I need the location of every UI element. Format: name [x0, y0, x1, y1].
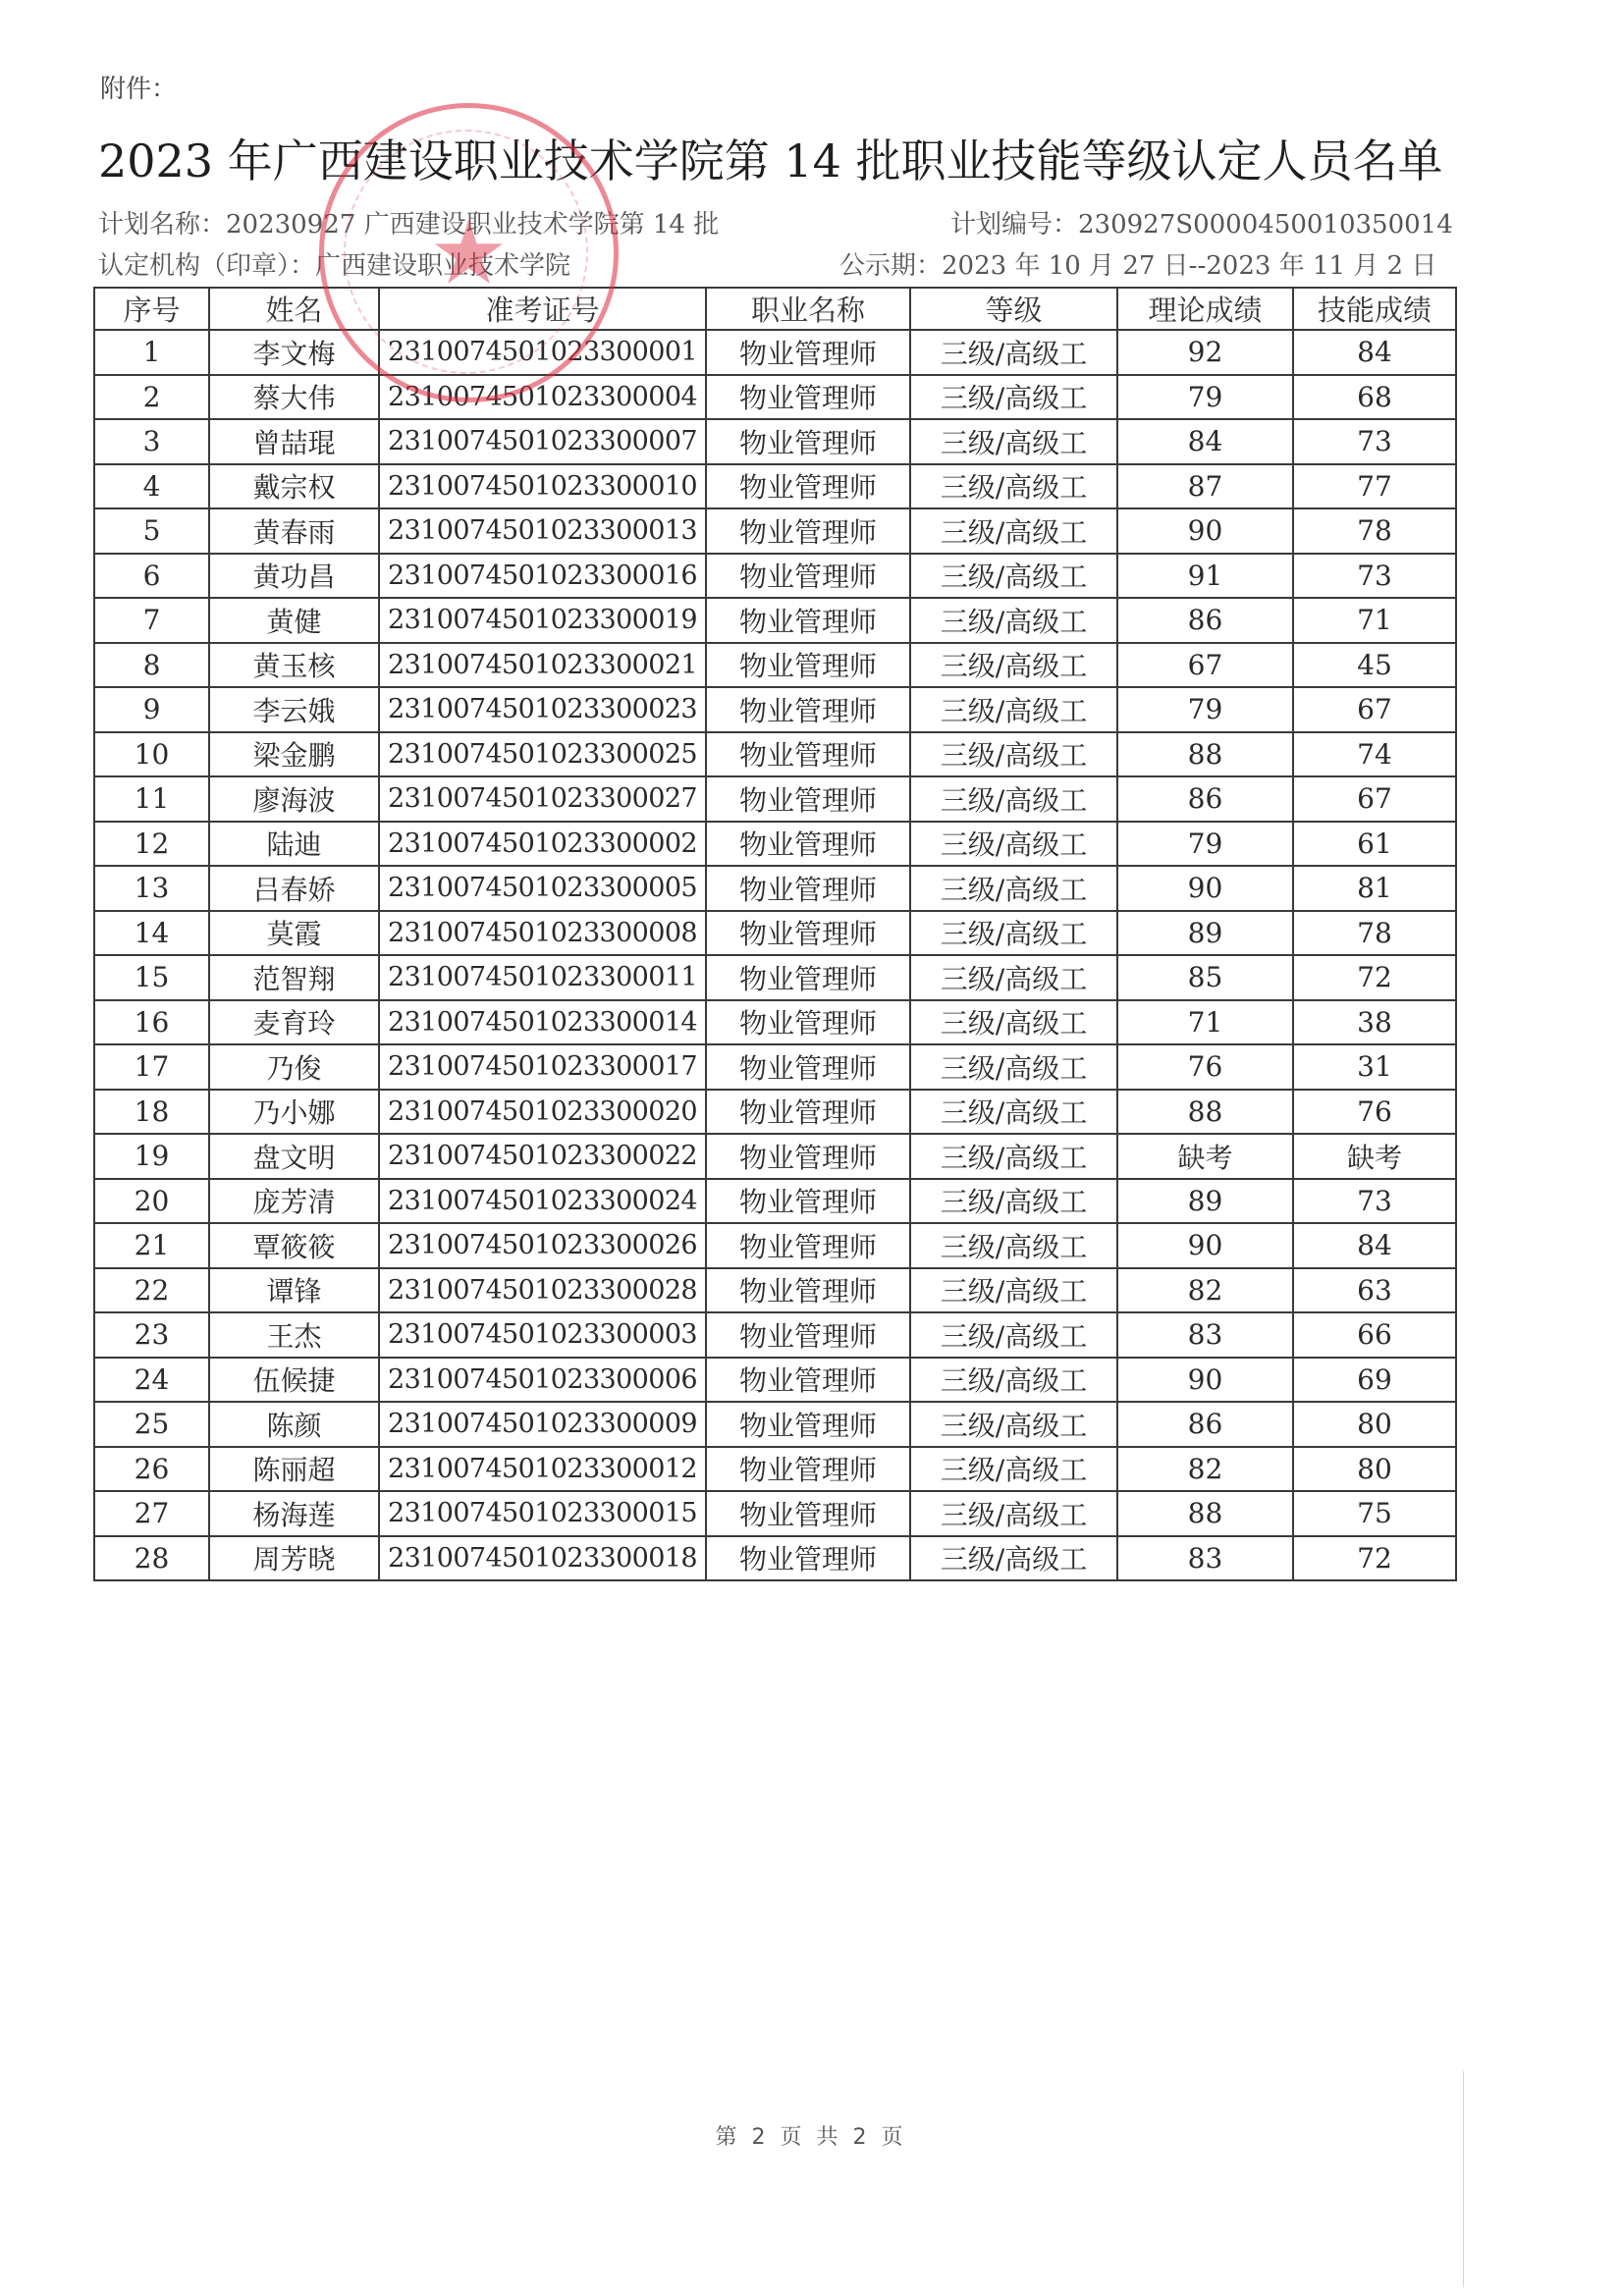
cell-col-ticket-no: 2310074501023300016 [379, 554, 706, 599]
cell-col-index: 8 [94, 643, 209, 688]
cell-col-skill-score: 72 [1293, 1536, 1456, 1581]
publicity-period-label: 公示期： [839, 251, 942, 281]
table-header-row: 序号姓名准考证号职业名称等级理论成绩技能成绩 [94, 288, 1456, 330]
cell-col-skill-score: 61 [1293, 822, 1456, 867]
table-row: 18乃小娜2310074501023300020物业管理师三级/高级工8876 [94, 1090, 1456, 1135]
cell-col-skill-score: 77 [1293, 464, 1456, 509]
cell-col-skill-score: 75 [1293, 1491, 1456, 1536]
cell-col-theory-score: 76 [1117, 1044, 1293, 1090]
cell-col-name: 吕春娇 [209, 866, 379, 911]
table-row: 24伍候捷2310074501023300006物业管理师三级/高级工9069 [94, 1358, 1456, 1403]
plan-name: 计划名称：20230927 广西建设职业技术学院第 14 批 [98, 204, 719, 240]
cell-col-occupation: 物业管理师 [706, 776, 910, 822]
table-row: 27杨海莲2310074501023300015物业管理师三级/高级工8875 [94, 1491, 1456, 1536]
cell-col-ticket-no: 2310074501023300007 [379, 419, 706, 464]
cell-col-occupation: 物业管理师 [706, 643, 910, 688]
cell-col-level: 三级/高级工 [910, 732, 1117, 777]
cell-col-occupation: 物业管理师 [706, 1090, 910, 1135]
cell-col-level: 三级/高级工 [910, 955, 1117, 1000]
cell-col-index: 23 [94, 1312, 209, 1358]
cell-col-level: 三级/高级工 [910, 1402, 1117, 1447]
table-row: 8黄玉核2310074501023300021物业管理师三级/高级工6745 [94, 643, 1456, 688]
cell-col-level: 三级/高级工 [910, 419, 1117, 464]
cell-col-occupation: 物业管理师 [706, 1268, 910, 1313]
cell-col-skill-score: 81 [1293, 866, 1456, 911]
cell-col-index: 12 [94, 822, 209, 867]
header-col-skill-score: 技能成绩 [1293, 288, 1456, 330]
cell-col-name: 戴宗权 [209, 464, 379, 509]
cell-col-theory-score: 87 [1117, 464, 1293, 509]
cell-col-name: 陈丽超 [209, 1447, 379, 1492]
cell-col-theory-score: 82 [1117, 1268, 1293, 1313]
cell-col-name: 乃小娜 [209, 1090, 379, 1135]
cell-col-ticket-no: 2310074501023300006 [379, 1358, 706, 1403]
cell-col-index: 19 [94, 1134, 209, 1179]
table-row: 2蔡大伟2310074501023300004物业管理师三级/高级工7968 [94, 375, 1456, 420]
table-row: 25陈颜2310074501023300009物业管理师三级/高级工8680 [94, 1402, 1456, 1447]
plan-number: 计划编号：230927S0000450010350014 [950, 204, 1453, 240]
cell-col-occupation: 物业管理师 [706, 1000, 910, 1045]
attachment-label: 附件： [100, 69, 177, 105]
cell-col-name: 杨海莲 [209, 1491, 379, 1536]
table-row: 1李文梅2310074501023300001物业管理师三级/高级工9284 [94, 330, 1456, 375]
plan-number-value: 230927S0000450010350014 [1078, 210, 1453, 240]
cell-col-skill-score: 74 [1293, 732, 1456, 777]
cell-col-theory-score: 67 [1117, 643, 1293, 688]
cell-col-occupation: 物业管理师 [706, 1402, 910, 1447]
cell-col-name: 覃筱筱 [209, 1223, 379, 1268]
cell-col-occupation: 物业管理师 [706, 419, 910, 464]
cell-col-theory-score: 88 [1117, 1491, 1293, 1536]
cell-col-name: 盘文明 [209, 1134, 379, 1179]
cell-col-index: 28 [94, 1536, 209, 1581]
cell-col-level: 三级/高级工 [910, 1447, 1117, 1492]
table-row: 17乃俊2310074501023300017物业管理师三级/高级工7631 [94, 1044, 1456, 1090]
cell-col-index: 4 [94, 464, 209, 509]
cell-col-theory-score: 86 [1117, 598, 1293, 643]
cell-col-skill-score: 38 [1293, 1000, 1456, 1045]
cell-col-name: 周芳晓 [209, 1536, 379, 1581]
cell-col-ticket-no: 2310074501023300014 [379, 1000, 706, 1045]
cell-col-index: 9 [94, 687, 209, 732]
cell-col-index: 11 [94, 776, 209, 822]
cell-col-theory-score: 83 [1117, 1312, 1293, 1358]
cell-col-occupation: 物业管理师 [706, 911, 910, 956]
cell-col-index: 1 [94, 330, 209, 375]
cell-col-level: 三级/高级工 [910, 1223, 1117, 1268]
cell-col-skill-score: 67 [1293, 776, 1456, 822]
header-col-theory-score: 理论成绩 [1117, 288, 1293, 330]
cell-col-index: 6 [94, 554, 209, 599]
cell-col-occupation: 物业管理师 [706, 822, 910, 867]
cell-col-theory-score: 86 [1117, 1402, 1293, 1447]
cell-col-skill-score: 80 [1293, 1402, 1456, 1447]
cell-col-ticket-no: 2310074501023300013 [379, 508, 706, 554]
cell-col-occupation: 物业管理师 [706, 1491, 910, 1536]
cell-col-ticket-no: 2310074501023300008 [379, 911, 706, 956]
cell-col-skill-score: 84 [1293, 330, 1456, 375]
cell-col-occupation: 物业管理师 [706, 554, 910, 599]
plan-name-label: 计划名称： [98, 210, 226, 240]
header-col-name: 姓名 [209, 288, 379, 330]
page-footer: 第 2 页 共 2 页 [0, 2120, 1622, 2151]
cell-col-occupation: 物业管理师 [706, 1134, 910, 1179]
cell-col-theory-score: 85 [1117, 955, 1293, 1000]
cell-col-level: 三级/高级工 [910, 1491, 1117, 1536]
cell-col-level: 三级/高级工 [910, 375, 1117, 420]
cell-col-index: 21 [94, 1223, 209, 1268]
cell-col-index: 7 [94, 598, 209, 643]
cell-col-index: 17 [94, 1044, 209, 1090]
cell-col-ticket-no: 2310074501023300020 [379, 1090, 706, 1135]
cell-col-index: 22 [94, 1268, 209, 1313]
table-row: 7黄健2310074501023300019物业管理师三级/高级工8671 [94, 598, 1456, 643]
plan-name-value: 20230927 广西建设职业技术学院第 14 批 [226, 210, 719, 240]
cell-col-level: 三级/高级工 [910, 1268, 1117, 1313]
cell-col-ticket-no: 2310074501023300005 [379, 866, 706, 911]
cell-col-ticket-no: 2310074501023300003 [379, 1312, 706, 1358]
cell-col-level: 三级/高级工 [910, 1179, 1117, 1224]
cell-col-theory-score: 89 [1117, 911, 1293, 956]
cell-col-ticket-no: 2310074501023300017 [379, 1044, 706, 1090]
cell-col-level: 三级/高级工 [910, 822, 1117, 867]
cell-col-index: 5 [94, 508, 209, 554]
cell-col-ticket-no: 2310074501023300028 [379, 1268, 706, 1313]
table-row: 22谭锋2310074501023300028物业管理师三级/高级工8263 [94, 1268, 1456, 1313]
cell-col-theory-score: 90 [1117, 1358, 1293, 1403]
cell-col-level: 三级/高级工 [910, 643, 1117, 688]
cell-col-index: 18 [94, 1090, 209, 1135]
cell-col-index: 26 [94, 1447, 209, 1492]
cell-col-index: 3 [94, 419, 209, 464]
cell-col-name: 梁金鹏 [209, 732, 379, 777]
plan-number-label: 计划编号： [950, 210, 1078, 240]
cell-col-occupation: 物业管理师 [706, 866, 910, 911]
cell-col-level: 三级/高级工 [910, 554, 1117, 599]
cell-col-name: 莫霞 [209, 911, 379, 956]
cell-col-ticket-no: 2310074501023300012 [379, 1447, 706, 1492]
cell-col-occupation: 物业管理师 [706, 598, 910, 643]
cell-col-skill-score: 缺考 [1293, 1134, 1456, 1179]
cell-col-name: 蔡大伟 [209, 375, 379, 420]
cell-col-theory-score: 84 [1117, 419, 1293, 464]
cell-col-theory-score: 91 [1117, 554, 1293, 599]
cell-col-theory-score: 71 [1117, 1000, 1293, 1045]
table-row: 23王杰2310074501023300003物业管理师三级/高级工8366 [94, 1312, 1456, 1358]
cell-col-name: 庞芳清 [209, 1179, 379, 1224]
cell-col-skill-score: 66 [1293, 1312, 1456, 1358]
cell-col-name: 乃俊 [209, 1044, 379, 1090]
cell-col-occupation: 物业管理师 [706, 1358, 910, 1403]
cell-col-level: 三级/高级工 [910, 1312, 1117, 1358]
cell-col-theory-score: 89 [1117, 1179, 1293, 1224]
cell-col-index: 15 [94, 955, 209, 1000]
cell-col-skill-score: 84 [1293, 1223, 1456, 1268]
cell-col-occupation: 物业管理师 [706, 1536, 910, 1581]
table-row: 4戴宗权2310074501023300010物业管理师三级/高级工8777 [94, 464, 1456, 509]
cell-col-name: 陆迪 [209, 822, 379, 867]
scan-edge-line [1463, 2071, 1464, 2287]
cell-col-level: 三级/高级工 [910, 776, 1117, 822]
cell-col-ticket-no: 2310074501023300019 [379, 598, 706, 643]
table-row: 14莫霞2310074501023300008物业管理师三级/高级工8978 [94, 911, 1456, 956]
cell-col-occupation: 物业管理师 [706, 1044, 910, 1090]
header-col-occupation: 职业名称 [706, 288, 910, 330]
cell-col-level: 三级/高级工 [910, 330, 1117, 375]
cell-col-name: 李文梅 [209, 330, 379, 375]
cell-col-name: 黄功昌 [209, 554, 379, 599]
cell-col-ticket-no: 2310074501023300010 [379, 464, 706, 509]
cell-col-index: 10 [94, 732, 209, 777]
cell-col-occupation: 物业管理师 [706, 955, 910, 1000]
cell-col-ticket-no: 2310074501023300009 [379, 1402, 706, 1447]
cell-col-theory-score: 90 [1117, 866, 1293, 911]
cell-col-level: 三级/高级工 [910, 687, 1117, 732]
cell-col-theory-score: 90 [1117, 508, 1293, 554]
cell-col-ticket-no: 2310074501023300015 [379, 1491, 706, 1536]
roster-table: 序号姓名准考证号职业名称等级理论成绩技能成绩 1李文梅2310074501023… [93, 287, 1457, 1581]
cell-col-occupation: 物业管理师 [706, 464, 910, 509]
cell-col-name: 黄健 [209, 598, 379, 643]
cell-col-theory-score: 83 [1117, 1536, 1293, 1581]
cell-col-name: 黄玉核 [209, 643, 379, 688]
cell-col-theory-score: 92 [1117, 330, 1293, 375]
cell-col-level: 三级/高级工 [910, 1044, 1117, 1090]
cell-col-occupation: 物业管理师 [706, 330, 910, 375]
cell-col-skill-score: 73 [1293, 1179, 1456, 1224]
table-row: 12陆迪2310074501023300002物业管理师三级/高级工7961 [94, 822, 1456, 867]
table-row: 16麦育玲2310074501023300014物业管理师三级/高级工7138 [94, 1000, 1456, 1045]
cell-col-occupation: 物业管理师 [706, 732, 910, 777]
header-col-level: 等级 [910, 288, 1117, 330]
table-row: 28周芳晓2310074501023300018物业管理师三级/高级工8372 [94, 1536, 1456, 1581]
publicity-period-value: 2023 年 10 月 27 日--2023 年 11 月 2 日 [942, 251, 1436, 281]
cell-col-occupation: 物业管理师 [706, 1312, 910, 1358]
cell-col-occupation: 物业管理师 [706, 1223, 910, 1268]
certifying-org-value: 广西建设职业技术学院 [315, 251, 570, 281]
cell-col-level: 三级/高级工 [910, 598, 1117, 643]
cell-col-name: 李云娥 [209, 687, 379, 732]
cell-col-theory-score: 缺考 [1117, 1134, 1293, 1179]
cell-col-theory-score: 88 [1117, 732, 1293, 777]
cell-col-name: 谭锋 [209, 1268, 379, 1313]
table-row: 6黄功昌2310074501023300016物业管理师三级/高级工9173 [94, 554, 1456, 599]
cell-col-ticket-no: 2310074501023300004 [379, 375, 706, 420]
cell-col-skill-score: 67 [1293, 687, 1456, 732]
cell-col-skill-score: 78 [1293, 508, 1456, 554]
cell-col-index: 20 [94, 1179, 209, 1224]
cell-col-theory-score: 79 [1117, 687, 1293, 732]
cell-col-index: 25 [94, 1402, 209, 1447]
cell-col-index: 2 [94, 375, 209, 420]
cell-col-ticket-no: 2310074501023300026 [379, 1223, 706, 1268]
cell-col-level: 三级/高级工 [910, 1090, 1117, 1135]
cell-col-skill-score: 78 [1293, 911, 1456, 956]
cell-col-ticket-no: 2310074501023300024 [379, 1179, 706, 1224]
cell-col-index: 16 [94, 1000, 209, 1045]
cell-col-name: 黄春雨 [209, 508, 379, 554]
cell-col-ticket-no: 2310074501023300023 [379, 687, 706, 732]
cell-col-theory-score: 90 [1117, 1223, 1293, 1268]
cell-col-level: 三级/高级工 [910, 911, 1117, 956]
cell-col-level: 三级/高级工 [910, 1536, 1117, 1581]
cell-col-skill-score: 80 [1293, 1447, 1456, 1492]
table-body: 1李文梅2310074501023300001物业管理师三级/高级工92842蔡… [94, 330, 1456, 1580]
table-row: 15范智翔2310074501023300011物业管理师三级/高级工8572 [94, 955, 1456, 1000]
cell-col-ticket-no: 2310074501023300021 [379, 643, 706, 688]
cell-col-skill-score: 71 [1293, 598, 1456, 643]
cell-col-skill-score: 31 [1293, 1044, 1456, 1090]
certifying-org-label: 认定机构（印章）： [98, 251, 315, 281]
cell-col-skill-score: 68 [1293, 375, 1456, 420]
cell-col-occupation: 物业管理师 [706, 508, 910, 554]
cell-col-theory-score: 88 [1117, 1090, 1293, 1135]
cell-col-ticket-no: 2310074501023300001 [379, 330, 706, 375]
cell-col-skill-score: 69 [1293, 1358, 1456, 1403]
cell-col-level: 三级/高级工 [910, 866, 1117, 911]
table-row: 9李云娥2310074501023300023物业管理师三级/高级工7967 [94, 687, 1456, 732]
cell-col-name: 曾喆琨 [209, 419, 379, 464]
cell-col-occupation: 物业管理师 [706, 1447, 910, 1492]
cell-col-name: 廖海波 [209, 776, 379, 822]
cell-col-level: 三级/高级工 [910, 1358, 1117, 1403]
header-col-index: 序号 [94, 288, 209, 330]
table-row: 13吕春娇2310074501023300005物业管理师三级/高级工9081 [94, 866, 1456, 911]
table-row: 5黄春雨2310074501023300013物业管理师三级/高级工9078 [94, 508, 1456, 554]
table-row: 11廖海波2310074501023300027物业管理师三级/高级工8667 [94, 776, 1456, 822]
cell-col-index: 13 [94, 866, 209, 911]
table-row: 19盘文明2310074501023300022物业管理师三级/高级工缺考缺考 [94, 1134, 1456, 1179]
cell-col-theory-score: 79 [1117, 375, 1293, 420]
cell-col-skill-score: 76 [1293, 1090, 1456, 1135]
cell-col-skill-score: 63 [1293, 1268, 1456, 1313]
cell-col-name: 王杰 [209, 1312, 379, 1358]
cell-col-skill-score: 73 [1293, 554, 1456, 599]
cell-col-theory-score: 82 [1117, 1447, 1293, 1492]
table-row: 26陈丽超2310074501023300012物业管理师三级/高级工8280 [94, 1447, 1456, 1492]
cell-col-theory-score: 86 [1117, 776, 1293, 822]
certifying-org: 认定机构（印章）：广西建设职业技术学院 [98, 245, 570, 282]
cell-col-index: 14 [94, 911, 209, 956]
cell-col-name: 伍候捷 [209, 1358, 379, 1403]
cell-col-level: 三级/高级工 [910, 1134, 1117, 1179]
cell-col-index: 24 [94, 1358, 209, 1403]
cell-col-ticket-no: 2310074501023300018 [379, 1536, 706, 1581]
cell-col-ticket-no: 2310074501023300027 [379, 776, 706, 822]
cell-col-ticket-no: 2310074501023300002 [379, 822, 706, 867]
cell-col-occupation: 物业管理师 [706, 375, 910, 420]
cell-col-name: 麦育玲 [209, 1000, 379, 1045]
table-row: 3曾喆琨2310074501023300007物业管理师三级/高级工8473 [94, 419, 1456, 464]
table-row: 21覃筱筱2310074501023300026物业管理师三级/高级工9084 [94, 1223, 1456, 1268]
table-row: 20庞芳清2310074501023300024物业管理师三级/高级工8973 [94, 1179, 1456, 1224]
cell-col-skill-score: 73 [1293, 419, 1456, 464]
header-col-ticket-no: 准考证号 [379, 288, 706, 330]
cell-col-theory-score: 79 [1117, 822, 1293, 867]
cell-col-name: 范智翔 [209, 955, 379, 1000]
cell-col-occupation: 物业管理师 [706, 1179, 910, 1224]
cell-col-ticket-no: 2310074501023300011 [379, 955, 706, 1000]
cell-col-ticket-no: 2310074501023300025 [379, 732, 706, 777]
page-title: 2023 年广西建设职业技术学院第 14 批职业技能等级认定人员名单 [98, 126, 1492, 190]
cell-col-name: 陈颜 [209, 1402, 379, 1447]
cell-col-skill-score: 72 [1293, 955, 1456, 1000]
cell-col-ticket-no: 2310074501023300022 [379, 1134, 706, 1179]
cell-col-skill-score: 45 [1293, 643, 1456, 688]
cell-col-level: 三级/高级工 [910, 1000, 1117, 1045]
cell-col-occupation: 物业管理师 [706, 687, 910, 732]
cell-col-level: 三级/高级工 [910, 464, 1117, 509]
cell-col-level: 三级/高级工 [910, 508, 1117, 554]
cell-col-index: 27 [94, 1491, 209, 1536]
table-row: 10梁金鹏2310074501023300025物业管理师三级/高级工8874 [94, 732, 1456, 777]
publicity-period: 公示期：2023 年 10 月 27 日--2023 年 11 月 2 日 [839, 245, 1436, 282]
